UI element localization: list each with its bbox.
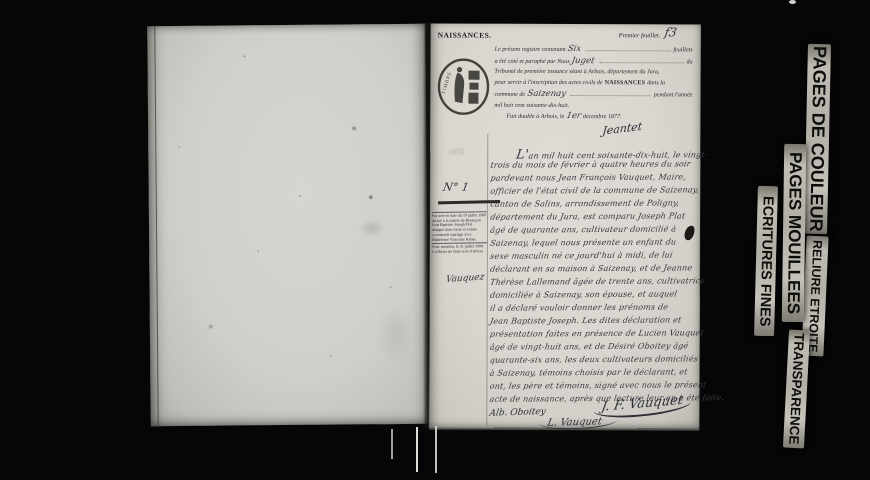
paper-smudge — [375, 304, 416, 364]
register-declaration: Le présent registre contenant Six feuill… — [494, 44, 692, 124]
marginal-mention-stamp: Par acte en date du 19 juillet 1908 dres… — [432, 210, 488, 254]
mention-signature: Vauquez — [445, 272, 485, 285]
declaration-line: Fait double à Arbois, le 1er décembre 18… — [494, 111, 692, 123]
margin-rule — [486, 134, 488, 426]
printed-text: décembre 1877. — [583, 112, 622, 123]
register-type-label: NAISSANCES. — [438, 31, 492, 40]
printed-text: commune de — [494, 90, 525, 101]
margin-year-smudge: 1878 — [448, 148, 464, 157]
calibration-label-pages-de-couleur: PAGES DE COULEUR — [804, 44, 831, 234]
act-number: N° 1 — [442, 181, 470, 194]
folio-label: Premier feuillet. — [619, 32, 661, 39]
register-page: NAISSANCES. Premier feuillet. f3 TIMBRE … — [429, 24, 700, 429]
declaration-line: pour servir à l'inscription des actes ci… — [494, 78, 692, 89]
handwritten-fill: Six — [567, 44, 582, 55]
calibration-label-transparence: TRANSPARENCE — [783, 330, 810, 449]
handwritten-fill: 1er — [565, 111, 581, 122]
folio-paraph: f3 — [663, 25, 678, 39]
dotted-leader — [586, 49, 670, 51]
printed-text: dans la — [647, 78, 665, 89]
fore-edge-line — [416, 427, 418, 472]
handwritten-fill: Saizenay — [526, 89, 566, 100]
witness-signature-1: Alb. Oboitey — [489, 407, 547, 419]
handwritten-fill: Juget — [571, 56, 596, 67]
timbre-stamp-icon: TIMBRE — [436, 57, 492, 121]
witness-signature-2: L. Vauquet — [546, 416, 602, 429]
paper-smudge — [359, 219, 385, 237]
declaration-line: Le présent registre contenant Six feuill… — [495, 44, 693, 56]
mention-line: Madeleine Victorine Keller. — [432, 237, 487, 242]
microfilm-scan: NAISSANCES. Premier feuillet. f3 TIMBRE … — [0, 0, 870, 480]
paper-specks — [147, 26, 149, 28]
printed-text: Fait double à Arbois, le — [506, 112, 564, 123]
mention-line: L'officier de l'état civil d'Arbois — [432, 249, 487, 254]
calibration-label-ecritures-fines: ECRITURES FINES — [754, 186, 778, 336]
printed-text: Le présent registre contenant — [495, 45, 566, 56]
printed-text: pour servir à l'inscription des actes ci… — [494, 78, 602, 89]
declaration-line: a été coté et paraphé par Nous Juget du — [495, 55, 693, 67]
page-crease — [154, 26, 158, 426]
birth-act-text: L'an mil huit cent soixante-dix-huit, le… — [489, 148, 698, 409]
declaration-line: Tribunal de première instance séant à Ar… — [495, 67, 693, 78]
printed-text: a été coté et paraphé par Nous — [495, 56, 570, 67]
declaration-line: commune de Saizenay pendant l'année — [494, 89, 692, 101]
fore-edge-line — [391, 429, 393, 459]
printed-text: feuillets — [673, 45, 692, 56]
film-speck — [789, 0, 796, 4]
printed-text: du — [686, 57, 692, 68]
dotted-leader — [600, 61, 684, 63]
fore-edge-line — [435, 426, 437, 473]
printed-text-bold: NAISSANCES — [605, 78, 646, 89]
printed-text: pendant l'année — [654, 90, 693, 101]
left-blank-page — [147, 24, 428, 426]
dotted-leader — [571, 94, 651, 96]
calibration-label-pages-mouillees: PAGES MOUILLEES — [782, 144, 806, 322]
declaration-line: mil huit cent soixante-dix-huit. — [494, 100, 692, 111]
